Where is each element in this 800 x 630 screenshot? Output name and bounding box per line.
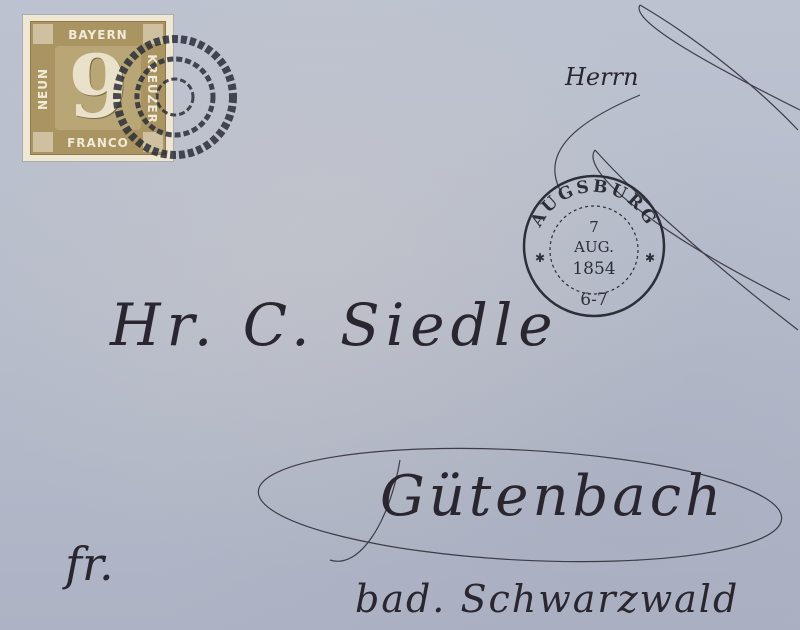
franco-note: fr. — [62, 537, 114, 591]
postal-cover: BAYERN NEUN KREUZER FRANCO 9 AUGSBURG 7 … — [0, 0, 800, 630]
postmark-time: 6-7 — [580, 290, 607, 310]
recipient-name: Hr. C. Siedle — [109, 291, 559, 359]
postmark-year: 1854 — [572, 259, 615, 279]
town-name: Gütenbach — [380, 464, 725, 529]
postmark-day: 7 — [589, 218, 599, 236]
region-name: bad. Schwarzwald — [355, 577, 739, 621]
ring-cancel-icon — [117, 39, 233, 155]
star-icon: ✱ — [535, 251, 545, 265]
star-icon: ✱ — [645, 251, 655, 265]
salutation-text: Herrn — [564, 63, 639, 91]
postmark-month: AUG. — [573, 238, 614, 256]
ink-layer: AUGSBURG 7 AUG. 1854 6-7 ✱ ✱ Herrn Hr. C… — [0, 0, 800, 630]
